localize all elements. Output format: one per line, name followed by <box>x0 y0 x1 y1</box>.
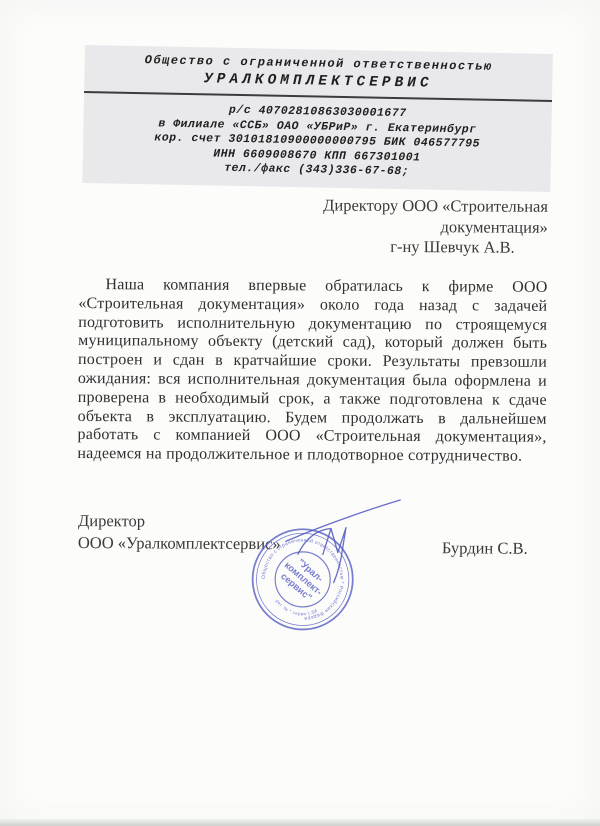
scan-bottom-edge <box>0 819 600 826</box>
handwritten-signature <box>237 471 418 612</box>
addressee-line-1: Директору ООО «Строительная <box>300 195 548 217</box>
addressee-line-2: документация» <box>300 216 548 238</box>
letter-content: Директору ООО «Строительная документация… <box>0 0 600 826</box>
addressee-line-3: г-ну Шевчук А.В. <box>300 236 515 258</box>
letter-body: Наша компания впервые обратилась к фирме… <box>77 276 547 467</box>
director-name: Бурдин С.В. <box>442 538 528 559</box>
signature-flourish-stroke <box>298 528 331 554</box>
signature-zigzag-stroke <box>323 527 346 582</box>
addressee-block: Директору ООО «Строительная документация… <box>300 195 548 258</box>
director-title: Директор <box>78 511 145 531</box>
scanned-letter-page: Общество с ограниченной ответственностью… <box>0 0 600 826</box>
